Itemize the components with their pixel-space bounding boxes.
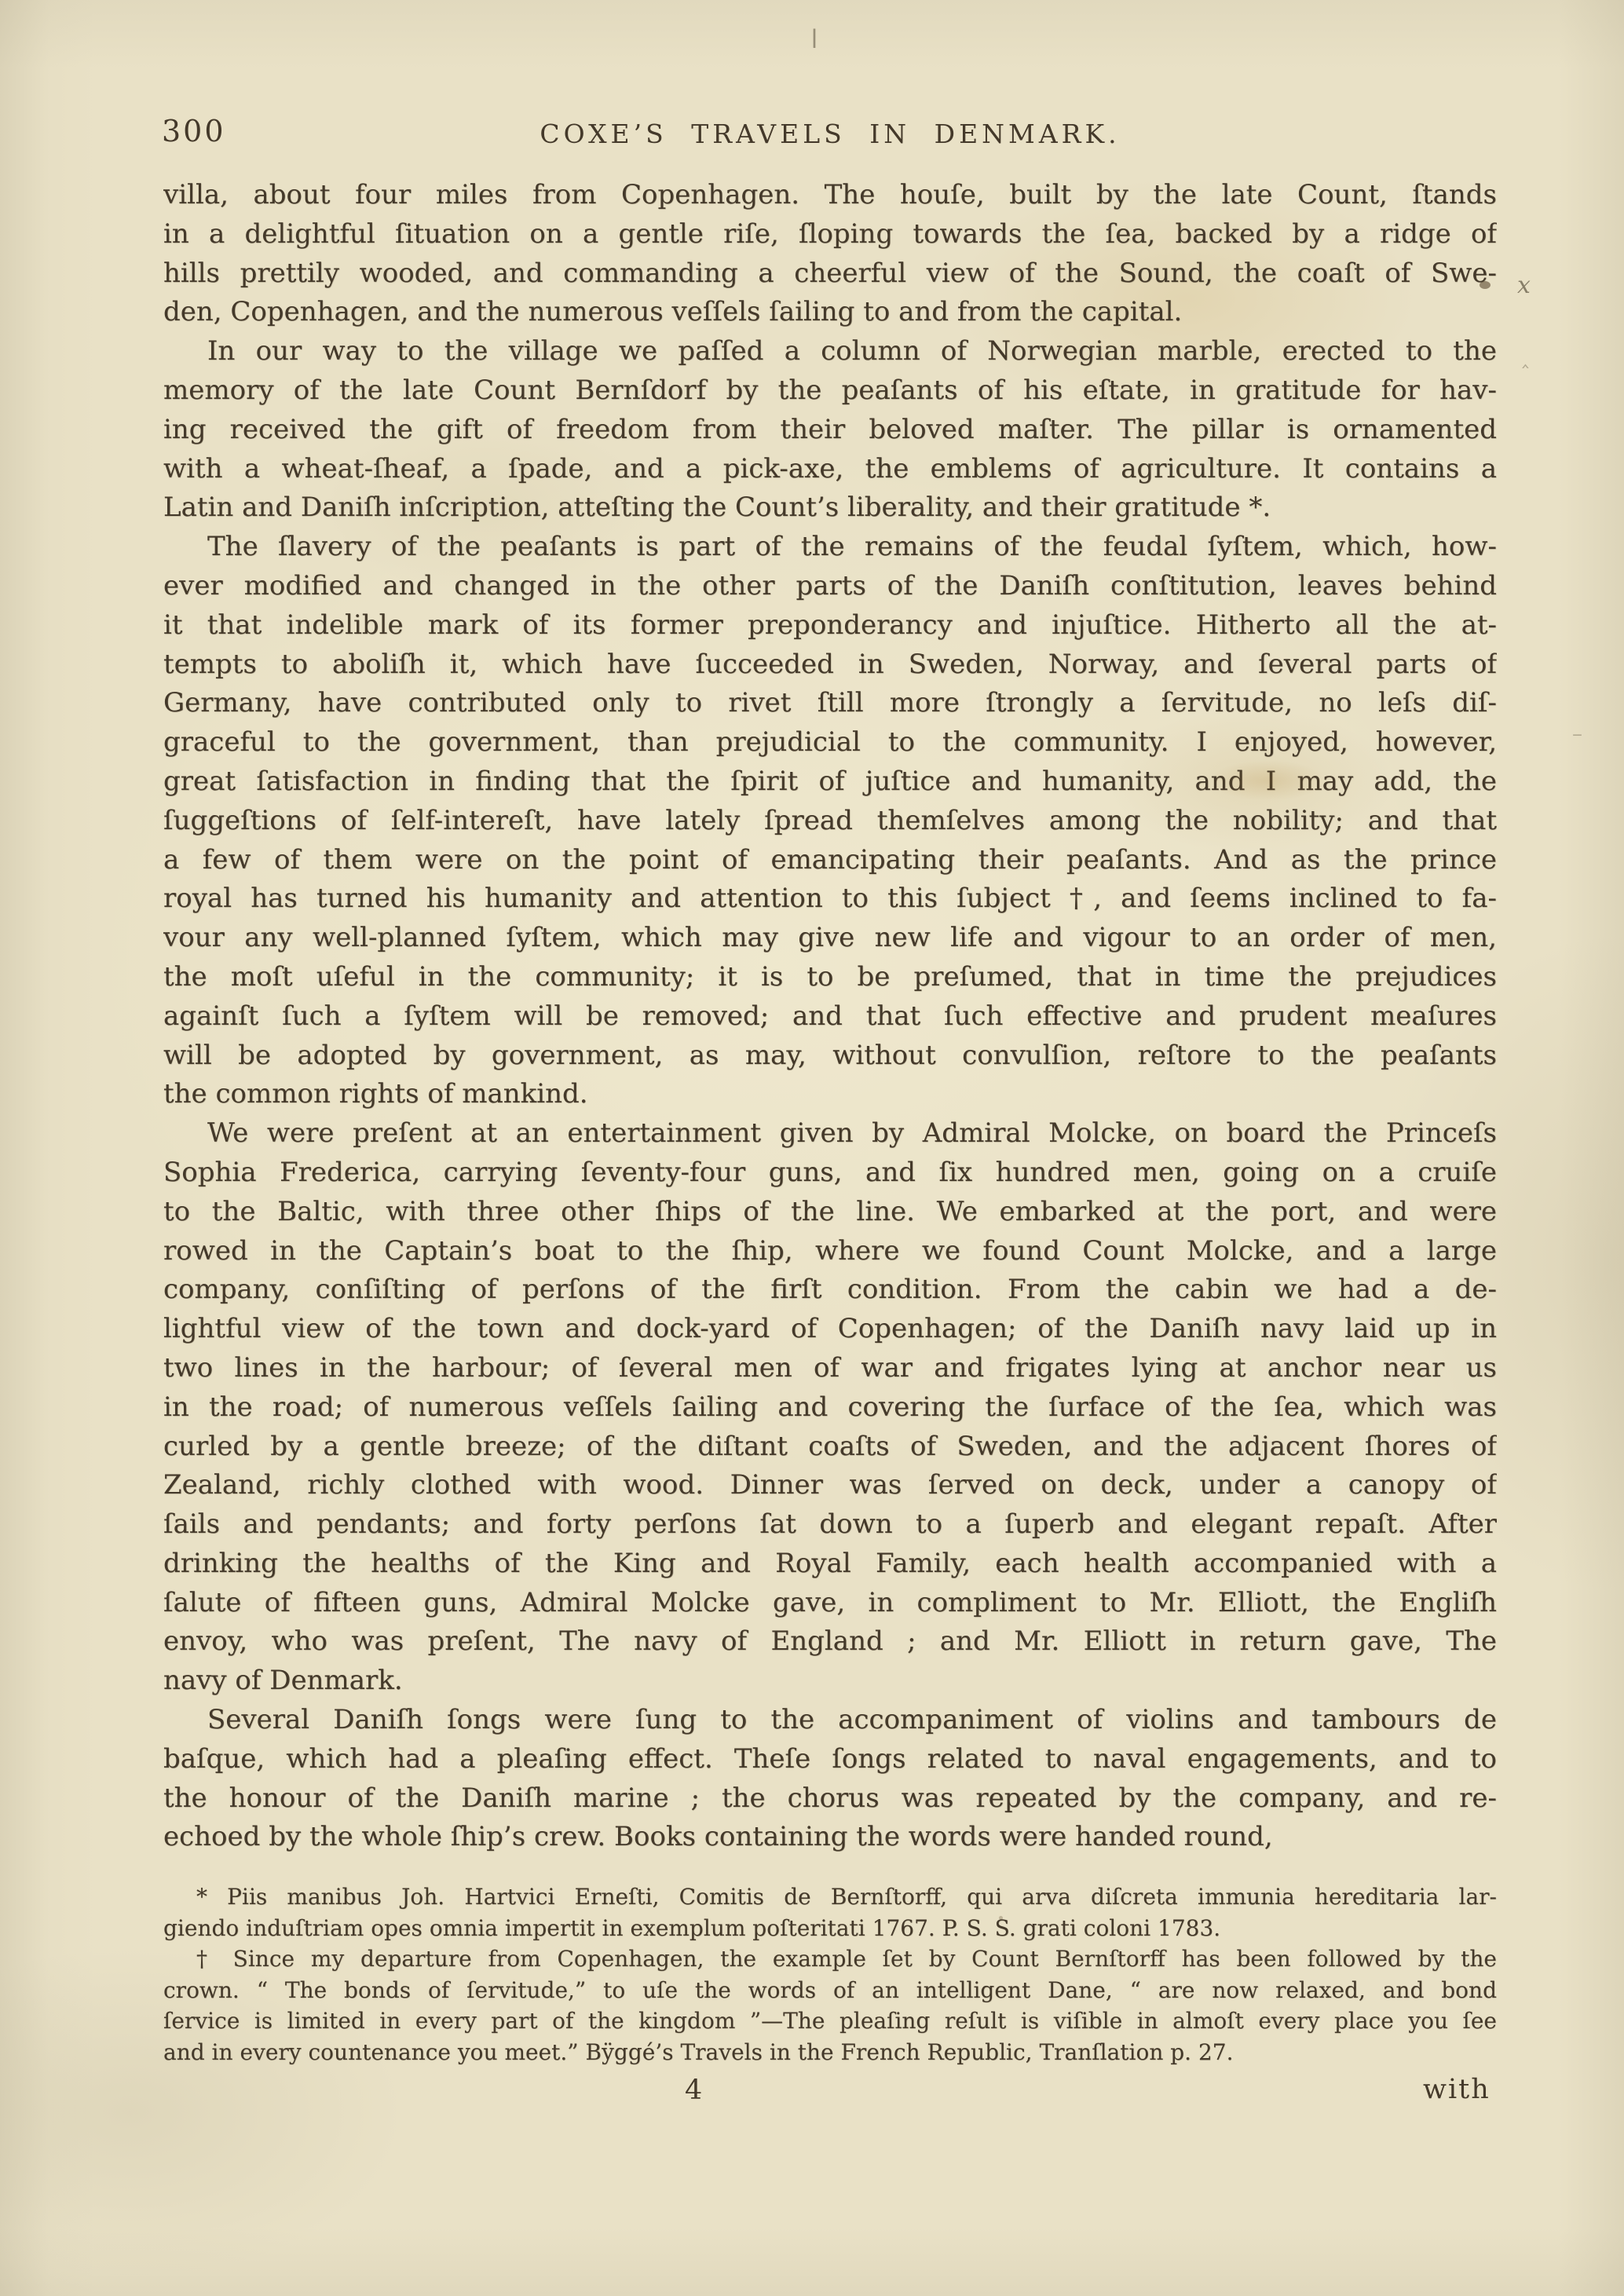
text-line: ſervice is limited in every part of the … [163, 2005, 1497, 2037]
signature-mark: 4 [685, 2077, 702, 2104]
footnotes: * Piis manibus Joh. Hartvici Erneſti, Co… [163, 1881, 1497, 2067]
ink-speck [1480, 281, 1490, 289]
text-line: two lines in the harbour; of ſeveral men… [163, 1349, 1497, 1388]
pen-tick-mark: ǀ [810, 24, 818, 55]
text-line: baſque, which had a pleaſing effect. The… [163, 1740, 1497, 1779]
pen-dash-mark: ‸ [1522, 345, 1529, 369]
text-line: giendo induſtriam opes omnia impertit in… [163, 1913, 1497, 1944]
text-line: Latin and Daniſh inſcription, atteſting … [163, 488, 1497, 528]
text-line: in the road; of numerous veſſels ſailing… [163, 1388, 1497, 1428]
text-line: curled by a gentle breeze; of the diſtan… [163, 1428, 1497, 1467]
text-line: the moſt uſeful in the community; it is … [163, 958, 1497, 997]
paragraph: We were preſent at an entertainment give… [163, 1114, 1497, 1701]
text-line: ing received the gift of freedom from th… [163, 411, 1497, 450]
text-line: company, conſiſting of perſons of the fi… [163, 1270, 1497, 1310]
text-line: Sophia Frederica, carrying ſeventy-four … [163, 1153, 1497, 1193]
text-line: * Piis manibus Joh. Hartvici Erneſti, Co… [163, 1881, 1497, 1913]
pen-dash-mark: – [1572, 722, 1582, 746]
paragraph: In our way to the village we paſſed a co… [163, 332, 1497, 528]
text-line: againſt ſuch a ſyſtem will be removed; a… [163, 997, 1497, 1036]
footnote: * Piis manibus Joh. Hartvici Erneſti, Co… [163, 1881, 1497, 1943]
text-line: vour any well-planned ſyſtem, which may … [163, 919, 1497, 958]
text-line: den, Copenhagen, and the numerous veſſel… [163, 293, 1497, 332]
text-line: lightful view of the town and dock-yard … [163, 1310, 1497, 1349]
book-page: 300 COXE’S TRAVELS IN DENMARK. villa, ab… [0, 0, 1624, 2296]
footnote: † Since my departure from Copenhagen, th… [163, 1943, 1497, 2067]
text-line: to the Baltic, with three other ſhips of… [163, 1193, 1497, 1232]
text-line: ſails and pendants; and forty perſons ſa… [163, 1505, 1497, 1545]
text-line: † Since my departure from Copenhagen, th… [163, 1943, 1497, 1975]
text-line: echoed by the whole ſhip’s crew. Books c… [163, 1818, 1497, 1857]
text-line: a few of them were on the point of emanc… [163, 841, 1497, 880]
text-line: The ſlavery of the peaſants is part of t… [163, 528, 1497, 567]
text-line: villa, about four miles from Copenhagen.… [163, 176, 1497, 215]
text-line: Zealand, richly clothed with wood. Dinne… [163, 1466, 1497, 1505]
text-line: ſalute of fifteen guns, Admiral Molcke g… [163, 1584, 1497, 1623]
text-line: memory of the late Count Bernſdorf by th… [163, 371, 1497, 411]
text-line: and in every countenance you meet.” Bÿgg… [163, 2037, 1497, 2068]
paragraph: villa, about four miles from Copenhagen.… [163, 176, 1497, 332]
text-line: hills prettily wooded, and commanding a … [163, 254, 1497, 294]
text-line: Several Daniſh ſongs were ſung to the ac… [163, 1701, 1497, 1740]
text-line: with a wheat-ſheaf, a ſpade, and a pick-… [163, 450, 1497, 489]
text-line: drinking the healths of the King and Roy… [163, 1545, 1497, 1584]
catchword: with [1423, 2076, 1490, 2104]
text-line: the common rights of mankind. [163, 1075, 1497, 1114]
text-line: navy of Denmark. [163, 1662, 1497, 1701]
text-line: in a delightful ſituation on a gentle ri… [163, 215, 1497, 254]
ink-speck [330, 581, 335, 585]
text-line: the honour of the Daniſh marine ; the ch… [163, 1779, 1497, 1819]
text-line: ſuggeſtions of ſelf-intereſt, have latel… [163, 802, 1497, 841]
text-line: In our way to the village we paſſed a co… [163, 332, 1497, 371]
body-text: villa, about four miles from Copenhagen.… [163, 176, 1497, 1857]
text-line: ever modified and changed in the other p… [163, 567, 1497, 606]
text-line: it that indelible mark of its former pre… [163, 606, 1497, 645]
paper-stain [1209, 760, 1327, 801]
running-title: COXE’S TRAVELS IN DENMARK. [163, 121, 1497, 147]
paragraph: The ſlavery of the peaſants is part of t… [163, 528, 1497, 1114]
ink-speck [999, 1916, 1003, 1920]
text-line: will be adopted by government, as may, w… [163, 1036, 1497, 1076]
text-line: Germany, have contributed only to rivet … [163, 684, 1497, 723]
text-line: tempts to aboliſh it, which have ſucceed… [163, 645, 1497, 685]
pen-x-mark: x [1517, 272, 1535, 299]
paragraph: Several Daniſh ſongs were ſung to the ac… [163, 1701, 1497, 1857]
text-line: graceful to the government, than prejudi… [163, 723, 1497, 762]
text-line: royal has turned his humanity and attent… [163, 879, 1497, 919]
text-line: We were preſent at an entertainment give… [163, 1114, 1497, 1153]
text-line: envoy, who was preſent, The navy of Engl… [163, 1622, 1497, 1662]
text-line: crown. “ The bonds of ſervitude,” to uſe… [163, 1975, 1497, 2006]
text-line: rowed in the Captain’s boat to the ſhip,… [163, 1232, 1497, 1271]
